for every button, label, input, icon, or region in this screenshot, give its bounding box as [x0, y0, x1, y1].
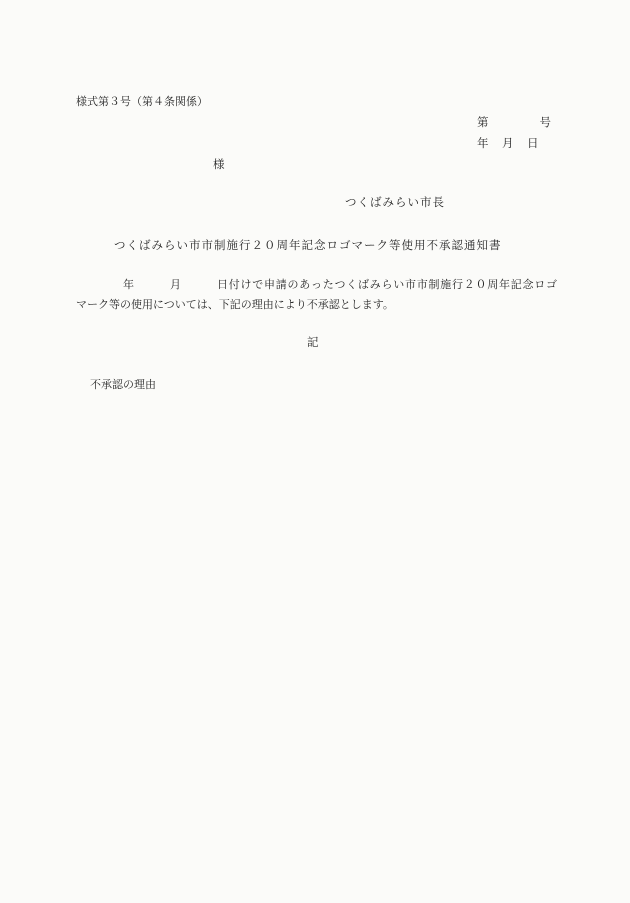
body-paragraph-line1: 年 月 日付けで申請のあったつくばみらい市市制施行２０周年記念ロゴ — [76, 278, 557, 292]
document-page: 様式第３号（第４条関係） 第 号 年 月 日 様 つくばみらい市長 つくばみらい… — [0, 0, 630, 903]
body-paragraph-line2: マーク等の使用については、下記の理由により不承認とします。 — [76, 298, 394, 312]
record-marker: 記 — [307, 335, 319, 349]
document-number-field: 第 号 — [477, 115, 552, 129]
document-title: つくばみらい市市制施行２０周年記念ロゴマーク等使用不承認通知書 — [114, 238, 502, 252]
reason-label: 不承認の理由 — [90, 378, 156, 392]
form-number-label: 様式第３号（第４条関係） — [76, 95, 208, 109]
sender-name: つくばみらい市長 — [345, 195, 445, 209]
date-field: 年 月 日 — [477, 136, 540, 150]
recipient-honorific: 様 — [213, 157, 225, 171]
